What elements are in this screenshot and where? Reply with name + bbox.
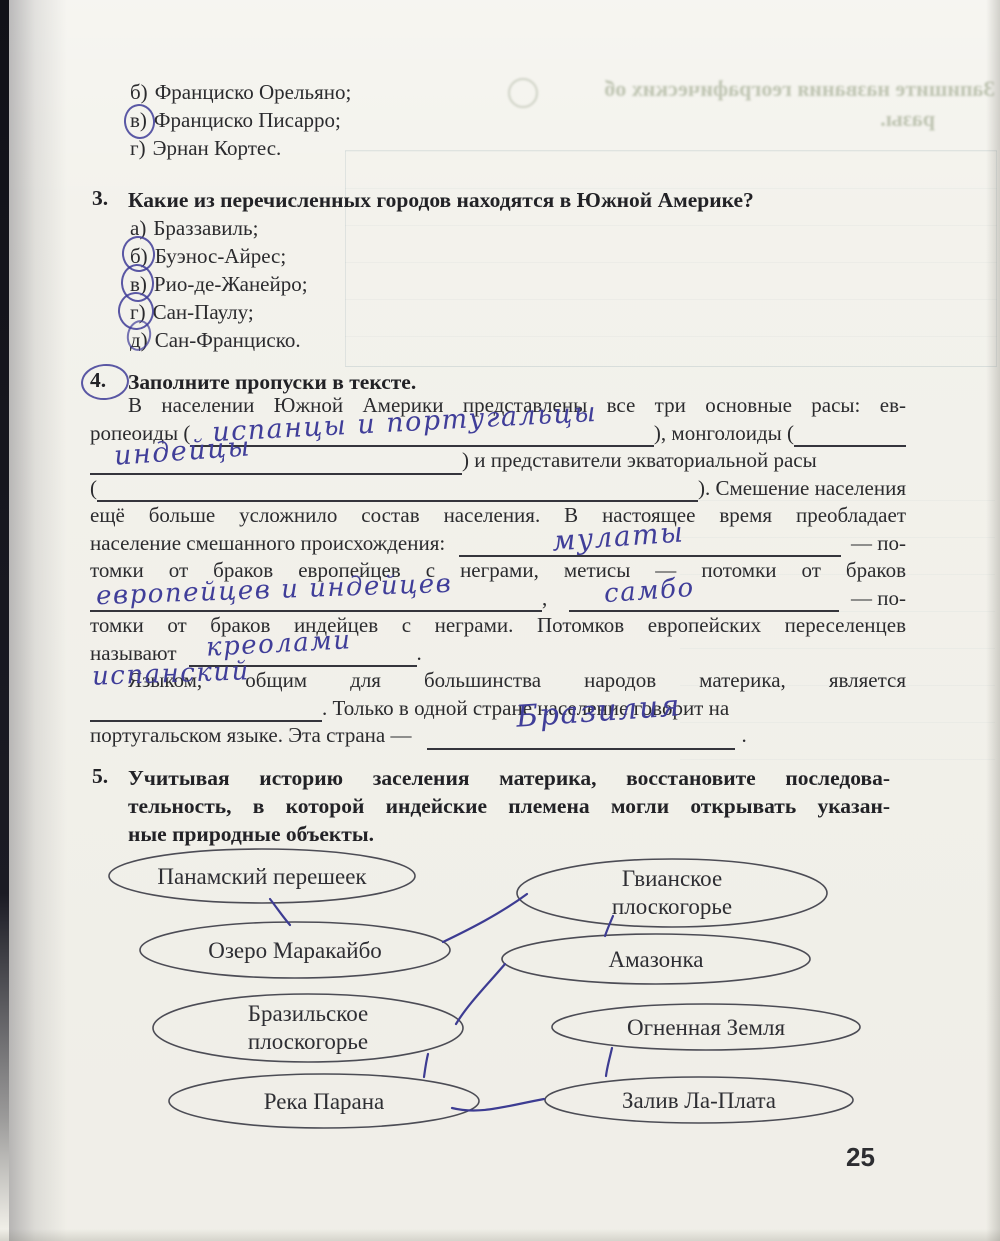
bleed-through-circle [508, 78, 538, 108]
printed-text: ) и представители экваториальной расы [462, 447, 817, 475]
question3-options: а)Браззавиль; б)Буэнос-Айрес; в)Рио-де-Ж… [130, 214, 308, 354]
option-text: Эрнан Кортес. [153, 136, 282, 160]
option-text: Сан-Паулу; [153, 300, 254, 324]
option-row: а)Браззавиль; [130, 214, 308, 242]
pen-connection [452, 1099, 544, 1111]
node-label: Гвианское [622, 866, 722, 891]
workbook-page: Запишите названия географических об разы… [0, 0, 1000, 1241]
paragraph-line: ещё больше усложнило состав населения. В… [90, 502, 906, 530]
option-text: Браззавиль; [153, 216, 258, 240]
option-letter: г) [130, 136, 146, 160]
option-row: б)Франциско Орельяно; [130, 78, 351, 106]
bleed-through-text: Запишите названия географических об [545, 76, 995, 102]
option-row: в)Рио-де-Жанейро; [130, 270, 308, 298]
pen-connection [424, 1054, 428, 1077]
node-label: плоскогорье [248, 1029, 368, 1054]
option-text: Буэнос-Айрес; [155, 244, 287, 268]
question3-title: Какие из перечисленных городов находятся… [128, 186, 858, 214]
printed-text: — по- [851, 585, 906, 613]
page-number: 25 [846, 1142, 875, 1173]
node-label: Бразильское [248, 1001, 368, 1026]
bleed-through-map [345, 150, 997, 367]
option-row: г)Сан-Паулу; [130, 298, 308, 326]
option-letter: б) [130, 80, 148, 104]
question5-line: тельность, в которой индейские племена м… [128, 792, 890, 820]
printed-text: ( [90, 475, 97, 503]
paragraph-line: ( ). Смешение населения [90, 475, 906, 503]
book-binding-edge [0, 0, 9, 1241]
question5-line: Учитывая историю заселения материка, вос… [128, 764, 890, 792]
pen-connection [443, 894, 527, 942]
printed-text: население смешанного происхождения: [90, 530, 445, 558]
node-label: Огненная Земля [627, 1015, 785, 1040]
pen-connection [456, 964, 505, 1024]
option-text: Франциско Орельяно; [155, 80, 352, 104]
node-label: Панамский перешеек [157, 864, 367, 889]
paragraph-line: португальском языке. Эта страна — . [90, 722, 906, 750]
printed-text: ), монголоиды ( [654, 420, 794, 448]
option-text: Сан-Франциско. [155, 328, 301, 352]
answer-blank [794, 422, 906, 447]
option-row: в)Франциско Писарро; [130, 106, 351, 134]
question3-number: 3. [92, 186, 108, 211]
page-right-edge [986, 0, 1000, 1241]
question2-options: б)Франциско Орельяно; в)Франциско Писарр… [130, 78, 351, 162]
printed-text: ). Смешение населения [698, 475, 906, 503]
answer-blank [90, 697, 322, 722]
handwritten-answer: самбо [603, 573, 696, 609]
question5-number: 5. [92, 764, 108, 789]
pen-connection [605, 916, 613, 936]
option-text: Рио-де-Жанейро; [154, 272, 308, 296]
printed-text: . [741, 722, 746, 750]
node-label: Озеро Маракайбо [208, 938, 382, 963]
binding-shadow [9, 0, 67, 1241]
option-row: д)Сан-Франциско. [130, 326, 308, 354]
handwritten-answer: испанский [92, 656, 251, 691]
option-row: б)Буэнос-Айрес; [130, 242, 308, 270]
printed-text: португальском языке. Эта страна — [90, 722, 411, 750]
printed-text: , [542, 585, 547, 613]
option-text: Франциско Писарро; [154, 108, 341, 132]
node-label: Река Парана [264, 1089, 385, 1114]
node-label: Амазонка [608, 947, 703, 972]
bleed-through-text-2: разы. [845, 106, 935, 132]
option-row: г)Эрнан Кортес. [130, 134, 351, 162]
pen-connection [606, 1048, 612, 1076]
node-label: плоскогорье [612, 894, 732, 919]
printed-text: — по- [851, 530, 906, 558]
printed-text: . [417, 640, 422, 668]
page-bottom-edge [0, 1229, 1000, 1241]
answer-blank [97, 477, 698, 502]
nature-objects-diagram: Панамский перешеек Гвианское плоскогорье… [0, 838, 1000, 1138]
paragraph-line: население смешанного происхождения: — по… [90, 530, 906, 558]
node-label: Залив Ла-Плата [622, 1088, 776, 1113]
paragraph-line: . Только в одной стране население говори… [90, 695, 906, 723]
